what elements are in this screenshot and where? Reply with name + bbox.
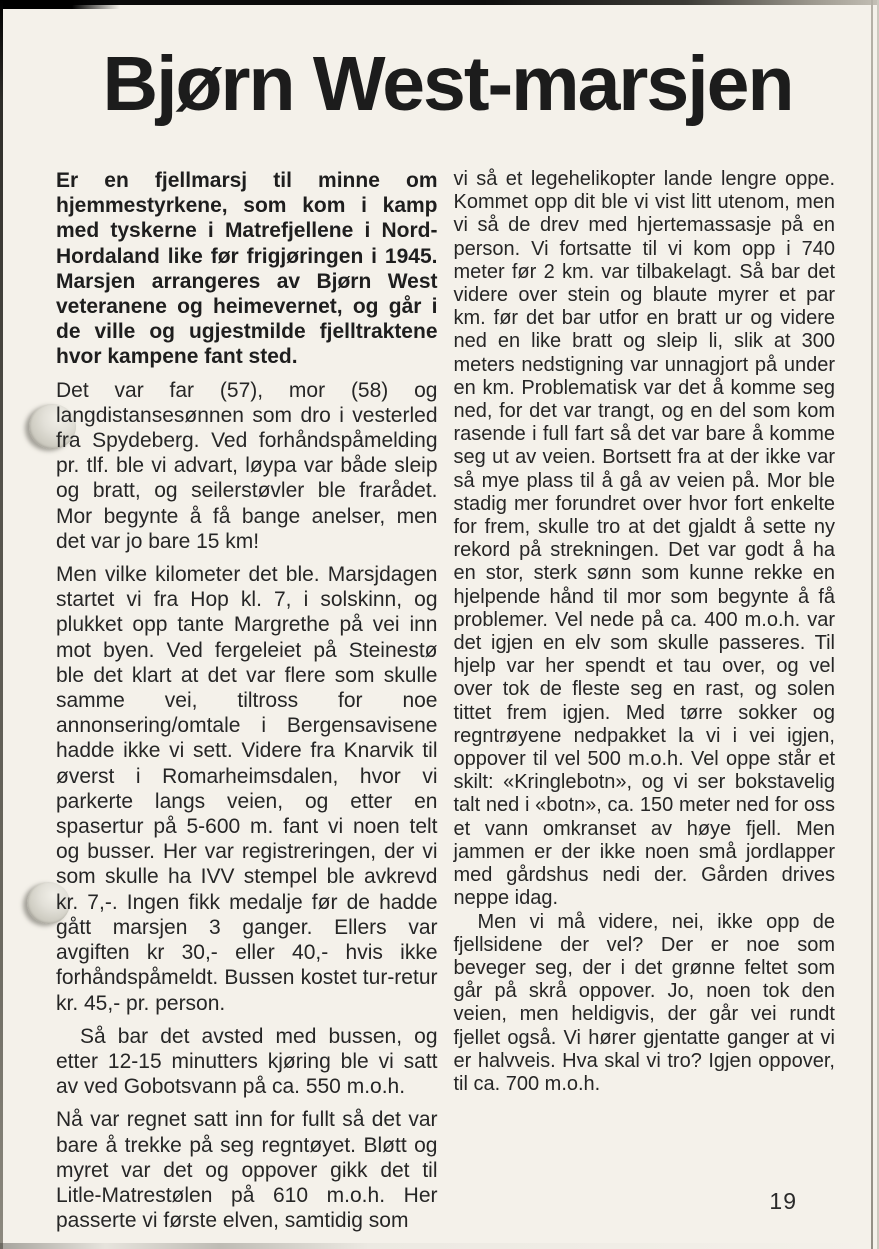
body-paragraph: vi så et legehelikopter lande lengre opp… <box>454 168 836 911</box>
page-top-edge <box>0 0 879 5</box>
left-column: Er en fjellmarsj til minne om hjemmestyr… <box>56 168 438 1241</box>
body-paragraph: Nå var regnet satt inn for fullt så det … <box>56 1107 438 1233</box>
body-paragraph: Så bar det avsted med bussen, og etter 1… <box>56 1024 438 1100</box>
body-paragraph: Det var far (57), mor (58) og langdistan… <box>56 378 438 554</box>
body-paragraph: Men vilke kilometer det ble. Marsjdagen … <box>56 562 438 1016</box>
page-number: 19 <box>769 1188 797 1215</box>
intro-paragraph: Er en fjellmarsj til minne om hjemmestyr… <box>56 168 438 370</box>
scanned-page: Bjørn West-marsjen Er en fjellmarsj til … <box>0 0 879 1249</box>
page-right-edge-line <box>871 0 873 1249</box>
article-columns: Er en fjellmarsj til minne om hjemmestyr… <box>56 168 835 1241</box>
body-paragraph: Men vi må videre, nei, ikke opp de fjell… <box>454 911 836 1097</box>
page-top-left-corner-edge <box>0 0 120 9</box>
page-title: Bjørn West-marsjen <box>56 42 839 127</box>
right-column: vi så et legehelikopter lande lengre opp… <box>454 168 836 1241</box>
page-bottom-edge <box>0 1243 879 1249</box>
page-left-edge <box>0 0 3 1249</box>
